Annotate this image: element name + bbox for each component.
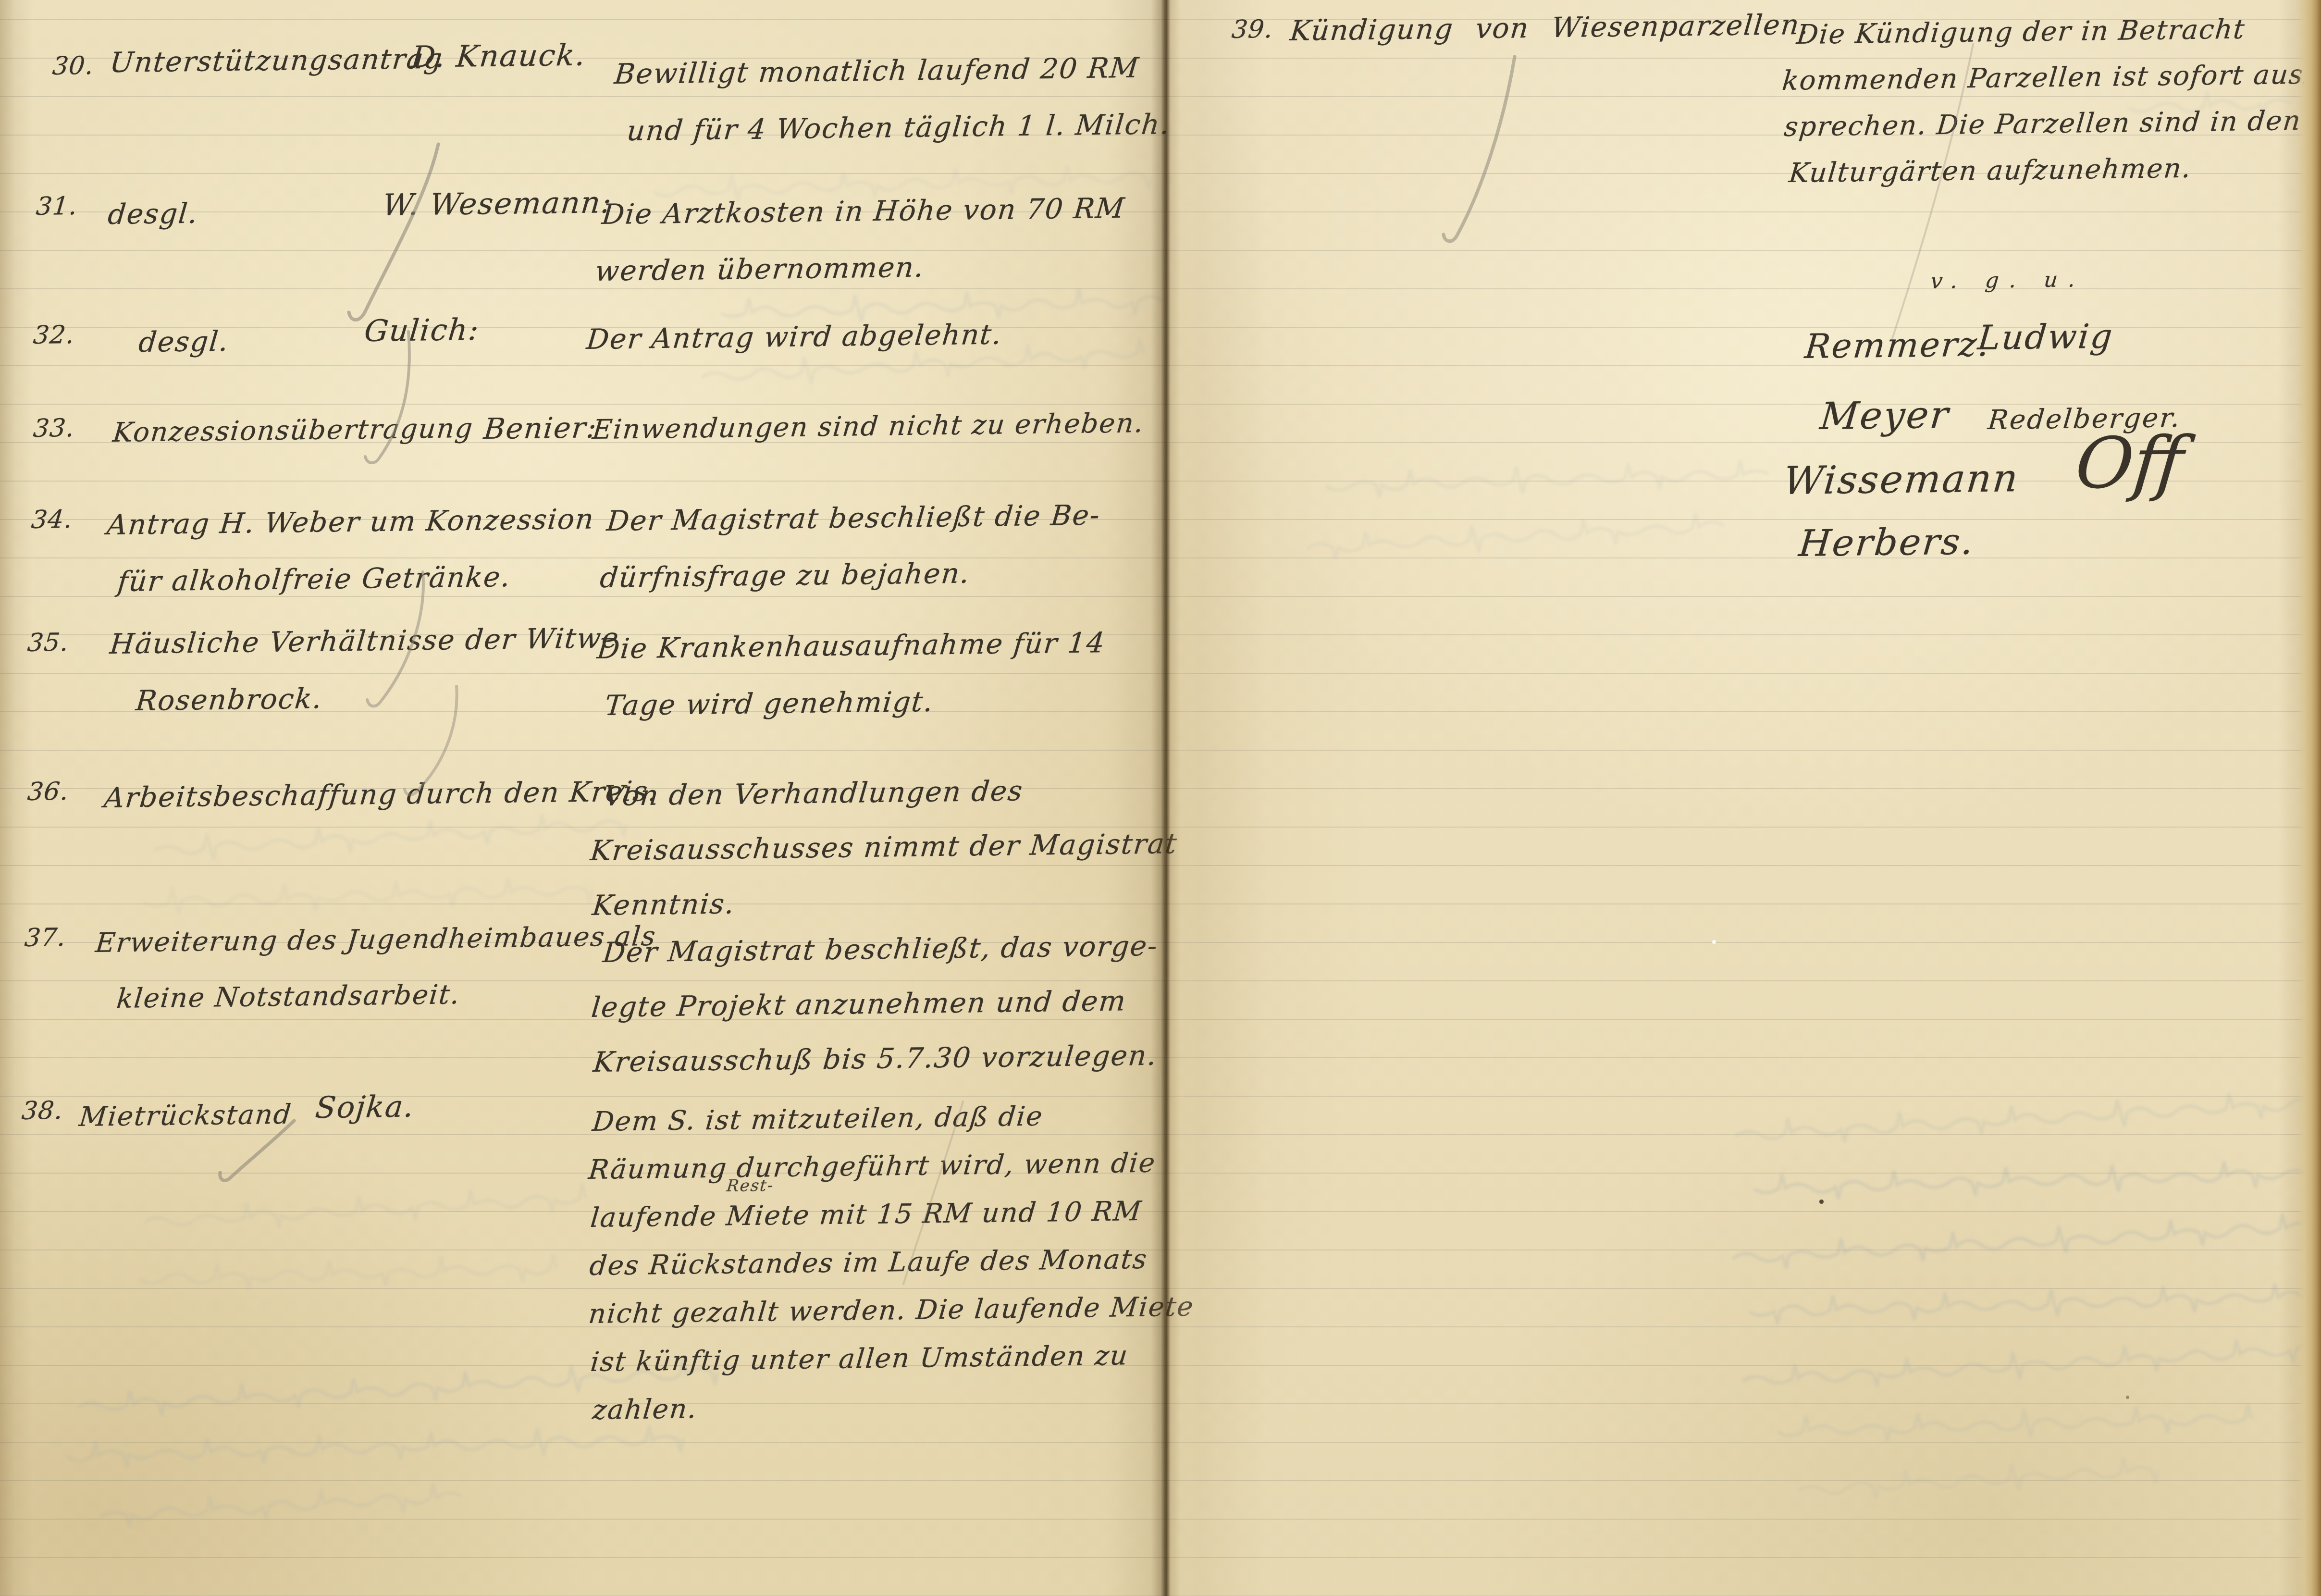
entry-35-decision-line: Die Krankenhausaufnahme für 14 <box>596 626 1107 665</box>
entry-36-decision-line: Kenntnis. <box>591 887 737 922</box>
entry-38-interline-insertion: Rest- <box>726 1176 775 1196</box>
entry-32-number: 32. <box>32 321 75 350</box>
entry-30-subject-name: D. Knauck. <box>410 37 587 74</box>
entry-31-subject: desgl. <box>107 197 200 231</box>
entry-32-subject: desgl. <box>137 325 231 359</box>
entry-38-subject-name: Sojka. <box>314 1089 416 1125</box>
entry-30-number: 30. <box>51 51 95 81</box>
entry-35-subject-line: Rosenbrock. <box>135 682 324 717</box>
entry-34-number: 34. <box>30 505 74 534</box>
entry-36-number: 36. <box>26 777 70 806</box>
closing-mark-vgu: v. g. u. <box>1929 267 2086 294</box>
entry-34-decision-line: Der Magistrat beschließt die Be- <box>605 498 1102 537</box>
entry-35-subject-line: Häusliche Verhältnisse der Witwe <box>109 621 621 660</box>
entry-38-number: 38. <box>20 1096 64 1126</box>
entry-39-decision-line: kommenden Parzellen ist sofort auszu- <box>1781 59 2321 97</box>
entry-37-decision-line: legte Projekt anzunehmen und dem <box>590 984 1128 1024</box>
entry-39-decision-line: sprechen. Die Parzellen sind in den <box>1783 105 2303 143</box>
entry-32-decision-line: Der Antrag wird abgelehnt. <box>585 318 1004 356</box>
signature: Remmerz. <box>1803 324 1992 366</box>
signature: Meyer <box>1818 394 1951 438</box>
entry-33-subject: Konzessionsübertragung <box>111 413 475 448</box>
entry-30-subject: Unterstützungsantrag <box>109 42 444 79</box>
scanned-minute-book-spread: 30. Unterstützungsantrag D. Knauck. Bewi… <box>0 0 2321 1596</box>
signature: Herbers. <box>1797 520 1976 565</box>
entry-31-decision-line: Die Arztkosten in Höhe von 70 RM <box>601 192 1127 231</box>
signature: Ludwig <box>1976 317 2115 358</box>
entry-37-decision-line: Der Magistrat beschließt, das vorge- <box>602 929 1160 969</box>
entry-33-subject-name: Benier: <box>482 411 599 446</box>
entry-37-decision-line: Kreisausschuß bis 5.7.30 vorzulegen. <box>592 1039 1159 1078</box>
entry-39-decision-line: Die Kündigung der in Betracht <box>1795 14 2247 50</box>
entry-38-decision-line: zahlen. <box>591 1393 699 1426</box>
entry-36-subject-line: Arbeitsbeschaffung durch den Kreis. <box>103 775 660 814</box>
entry-30-decision-line: Bewilligt monatlich laufend 20 RM <box>613 51 1141 90</box>
entry-34-decision-line: dürfnisfrage zu bejahen. <box>599 557 972 594</box>
entry-34-subject-line: Antrag H. Weber um Konzession <box>106 503 596 541</box>
entry-38-decision-line: ist künftig unter allen Umständen zu <box>589 1340 1130 1378</box>
entry-34-subject-line: für alkoholfreie Getränke. <box>116 560 513 598</box>
entry-39-decision-line: Kulturgärten aufzunehmen. <box>1788 153 2193 189</box>
right-page <box>1169 0 2321 1596</box>
signature: Off <box>2072 421 2187 505</box>
entry-36-decision-line: Von den Verhandlungen des <box>603 774 1025 812</box>
entry-38-subject: Mietrückstand <box>78 1099 293 1133</box>
signature: Wissemann <box>1781 456 2021 503</box>
entry-37-subject-line: kleine Notstandsarbeit. <box>115 979 462 1015</box>
entry-32-subject-name: Gulich: <box>363 312 481 348</box>
entry-31-number: 31. <box>35 192 78 221</box>
entry-30-decision-line: und für 4 Wochen täglich 1 l. Milch. <box>626 108 1172 147</box>
entry-37-number: 37. <box>23 923 67 953</box>
entry-31-subject-name: W. Wesemann: <box>381 185 614 223</box>
entry-35-number: 35. <box>26 628 70 657</box>
entry-35-decision-line: Tage wird genehmigt. <box>604 685 935 722</box>
entry-38-decision-line: Dem S. ist mitzuteilen, daß die <box>591 1101 1045 1138</box>
entry-39-number: 39. <box>1230 15 1274 44</box>
entry-31-decision-line: werden übernommen. <box>594 251 926 287</box>
entry-39-subject-line: Kündigung von Wiesenparzellen. <box>1289 8 1811 47</box>
entry-33-number: 33. <box>32 414 75 443</box>
